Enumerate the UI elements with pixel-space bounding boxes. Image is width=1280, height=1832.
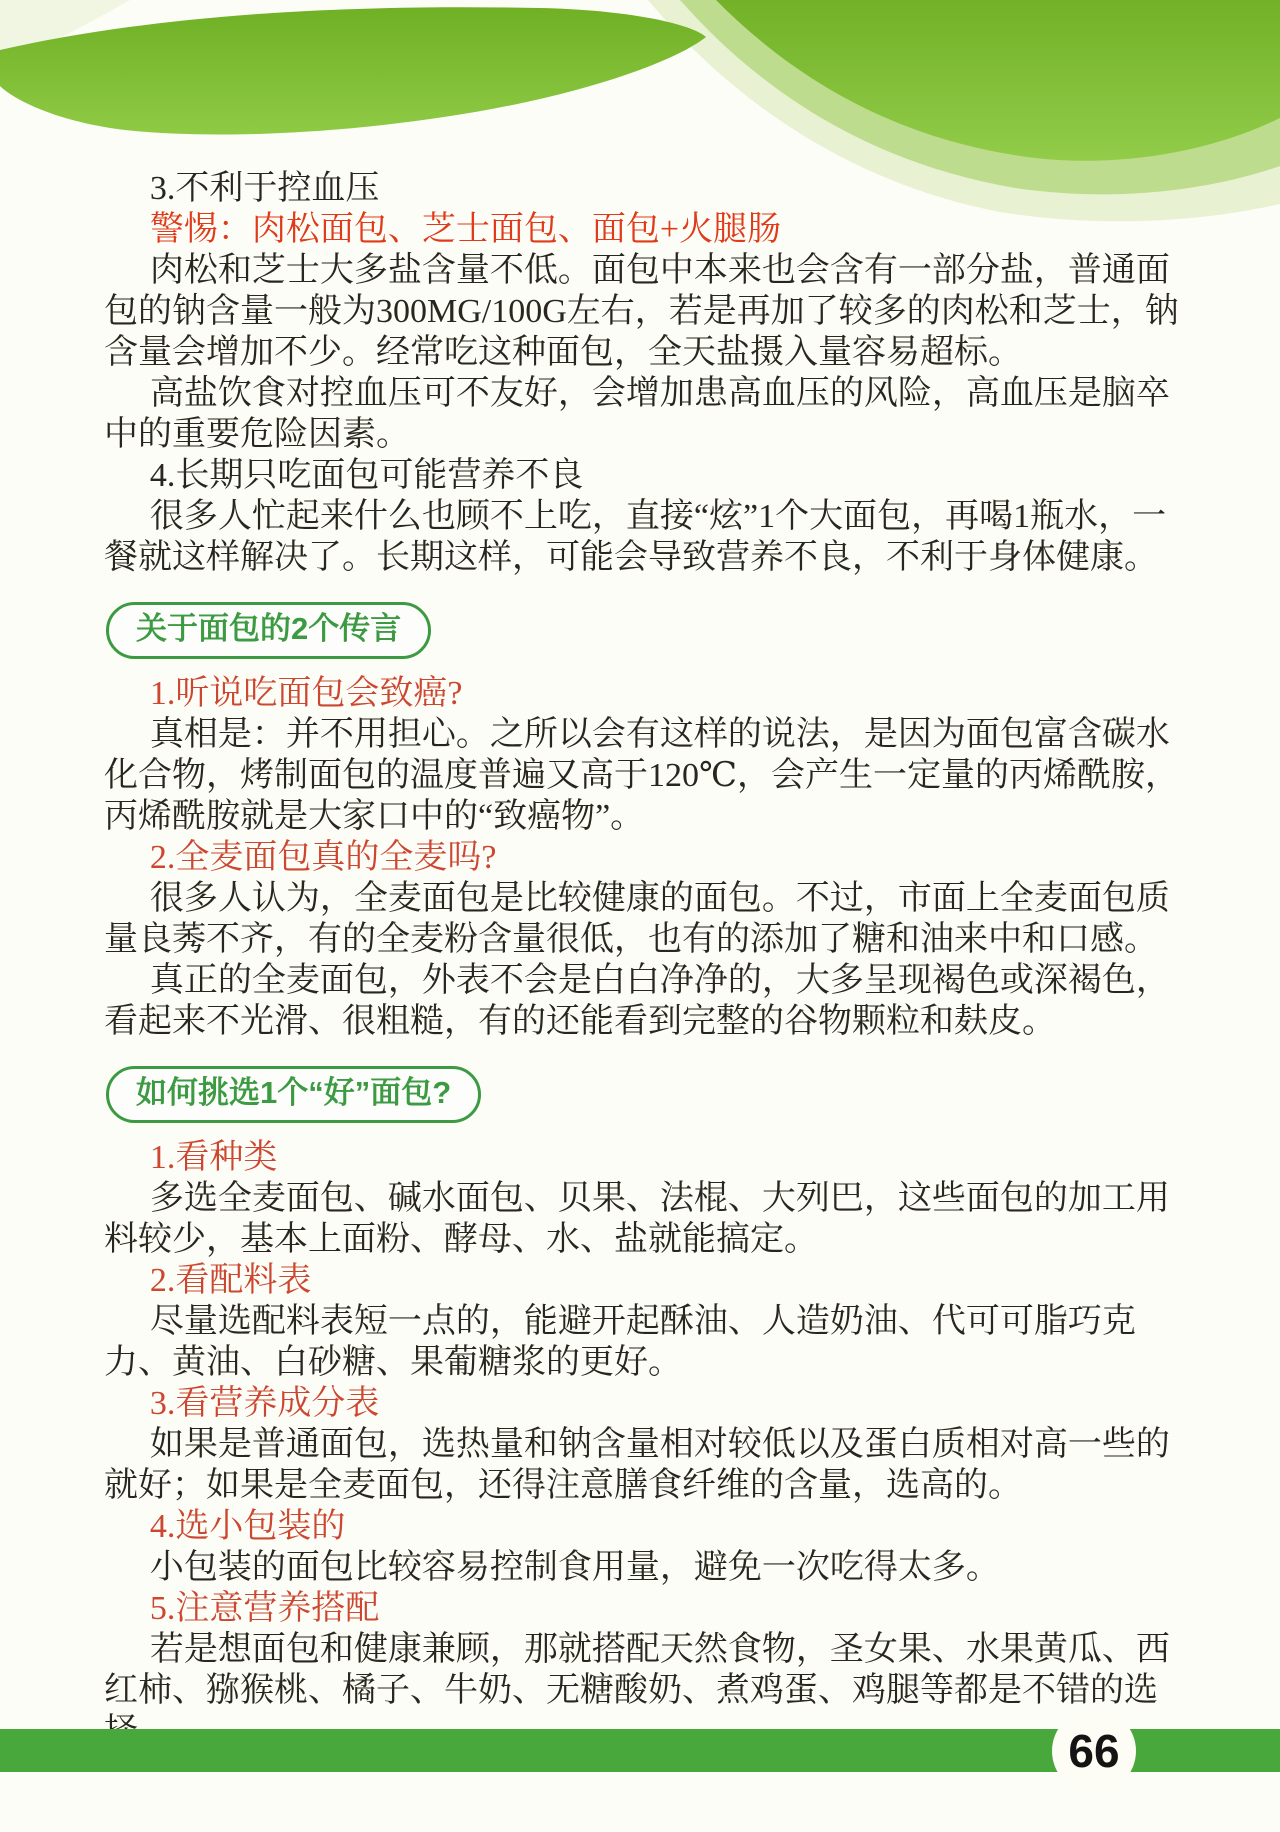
paragraph: 多选全麦面包、碱水面包、贝果、法棍、大列巴，这些面包的加工用料较少，基本上面粉、…	[104, 1178, 1184, 1260]
subheading: 2.全麦面包真的全麦吗?	[104, 837, 1184, 878]
subheading: 3.看营养成分表	[104, 1383, 1184, 1424]
paragraph: 小包装的面包比较容易控制食用量，避免一次吃得太多。	[104, 1547, 1184, 1588]
section-badge-choose: 如何挑选1个“好”面包?	[106, 1066, 481, 1123]
section-heading: 3.不利于控血压	[104, 168, 1184, 209]
paragraph: 尽量选配料表短一点的，能避开起酥油、人造奶油、代可可脂巧克力、黄油、白砂糖、果葡…	[104, 1301, 1184, 1383]
paragraph: 很多人认为，全麦面包是比较健康的面包。不过，市面上全麦面包质量良莠不齐，有的全麦…	[104, 878, 1184, 960]
article-body: 3.不利于控血压 警惕：肉松面包、芝士面包、面包+火腿肠 肉松和芝士大多盐含量不…	[104, 168, 1184, 1752]
page-number: 66	[1068, 1724, 1119, 1778]
subheading: 4.选小包装的	[104, 1506, 1184, 1547]
section-heading: 4.长期只吃面包可能营养不良	[104, 455, 1184, 496]
paragraph: 如果是普通面包，选热量和钠含量相对较低以及蛋白质相对高一些的就好；如果是全麦面包…	[104, 1424, 1184, 1506]
section-badge-rumors: 关于面包的2个传言	[106, 602, 431, 659]
paragraph: 很多人忙起来什么也顾不上吃，直接“炫”1个大面包，再喝1瓶水，一餐就这样解决了。…	[104, 496, 1184, 578]
paragraph: 真相是：并不用担心。之所以会有这样的说法，是因为面包富含碳水化合物，烤制面包的温…	[104, 714, 1184, 837]
warning-line: 警惕：肉松面包、芝士面包、面包+火腿肠	[104, 209, 1184, 250]
left-leaf-swoosh	[0, 7, 706, 134]
subheading: 1.听说吃面包会致癌?	[104, 673, 1184, 714]
page-number-badge: 66	[1052, 1709, 1136, 1793]
subheading: 1.看种类	[104, 1137, 1184, 1178]
subheading: 2.看配料表	[104, 1260, 1184, 1301]
paragraph: 肉松和芝士大多盐含量不低。面包中本来也会含有一部分盐，普通面包的钠含量一般为30…	[104, 250, 1184, 373]
paragraph: 真正的全麦面包，外表不会是白白净净的，大多呈现褐色或深褐色，看起来不光滑、很粗糙…	[104, 960, 1184, 1042]
subheading: 5.注意营养搭配	[104, 1588, 1184, 1629]
paragraph: 高盐饮食对控血压可不友好，会增加患高血压的风险，高血压是脑卒中的重要危险因素。	[104, 373, 1184, 455]
badge-row: 如何挑选1个“好”面包?	[104, 1042, 1184, 1137]
badge-row: 关于面包的2个传言	[104, 578, 1184, 673]
